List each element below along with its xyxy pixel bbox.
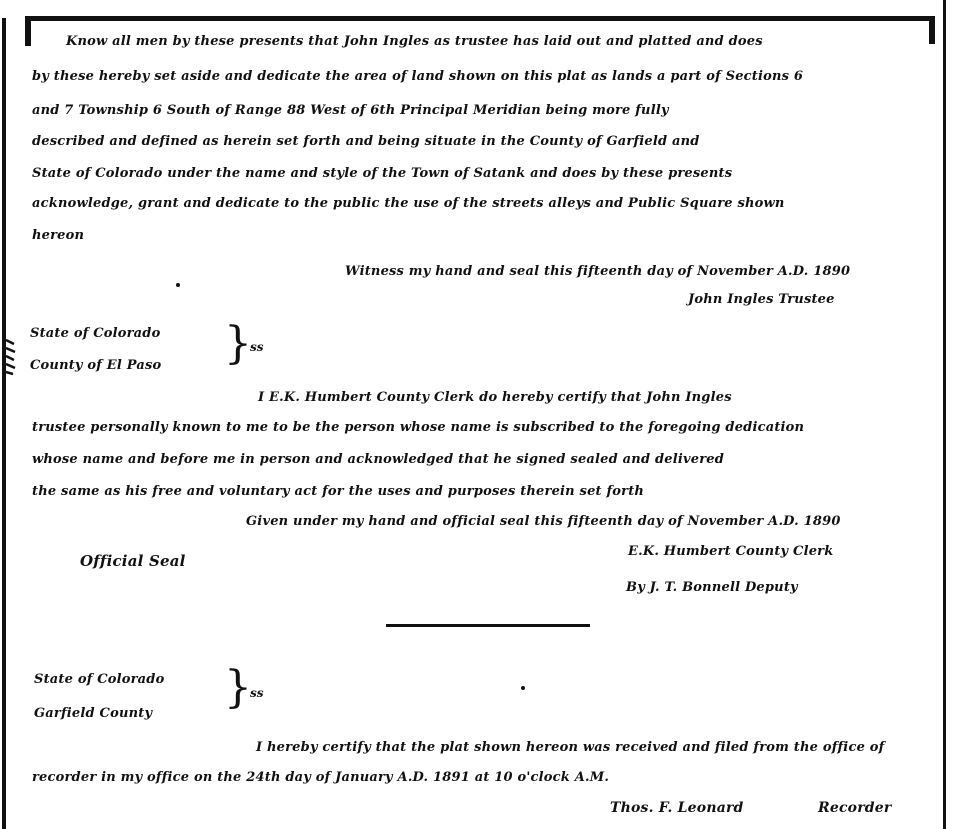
dedication-line-6: acknowledge, grant and dedicate to the p… — [32, 196, 785, 211]
ack-venue-state: State of Colorado — [30, 326, 160, 341]
dedication-line-4: described and defined as herein set fort… — [32, 134, 700, 149]
border-corner-left — [25, 16, 31, 46]
dedication-line-5: State of Colorado under the name and sty… — [32, 166, 732, 181]
rec-venue-county: Garfield County — [34, 706, 152, 721]
dedication-line-2: by these hereby set aside and dedicate t… — [32, 69, 803, 84]
page-border-left — [2, 18, 6, 829]
ack-line-4: the same as his free and voluntary act f… — [32, 484, 644, 499]
ack-line-2: trustee personally known to me to be the… — [32, 420, 804, 435]
ink-speck — [521, 686, 525, 690]
rec-venue-state: State of Colorado — [34, 672, 164, 687]
ack-line-3: whose name and before me in person and a… — [32, 452, 724, 467]
clerk-signature: E.K. Humbert County Clerk — [628, 544, 833, 559]
border-corner-right — [929, 16, 935, 44]
page-border-top — [25, 16, 935, 21]
dedication-witness-line: Witness my hand and seal this fifteenth … — [345, 264, 850, 279]
section-divider — [386, 624, 590, 627]
dedication-line-3: and 7 Township 6 South of Range 88 West … — [32, 103, 669, 118]
rec-venue-ss: ss — [250, 686, 264, 700]
ack-line-1: I E.K. Humbert County Clerk do hereby ce… — [258, 390, 732, 405]
deed-document-page: Know all men by these presents that John… — [0, 0, 960, 829]
dedication-signature: John Ingles Trustee — [688, 292, 835, 307]
page-border-right — [943, 0, 946, 829]
venue-brace: } — [224, 666, 252, 710]
recorder-signature: Thos. F. Leonard — [610, 800, 744, 816]
ack-venue-county: County of El Paso — [30, 358, 161, 373]
ink-speck — [176, 283, 180, 287]
seal-edge-mark-icon — [4, 336, 18, 376]
venue-brace: } — [224, 322, 252, 366]
dedication-line-7: hereon — [32, 228, 84, 243]
official-seal-label: Official Seal — [80, 552, 186, 570]
rec-line-2: recorder in my office on the 24th day of… — [32, 770, 609, 785]
recorder-title: Recorder — [818, 800, 891, 816]
rec-line-1: I hereby certify that the plat shown her… — [256, 740, 884, 755]
dedication-line-1: Know all men by these presents that John… — [66, 34, 763, 49]
deputy-signature: By J. T. Bonnell Deputy — [626, 580, 798, 595]
ack-venue-ss: ss — [250, 340, 264, 354]
ack-given-line: Given under my hand and official seal th… — [246, 514, 841, 529]
